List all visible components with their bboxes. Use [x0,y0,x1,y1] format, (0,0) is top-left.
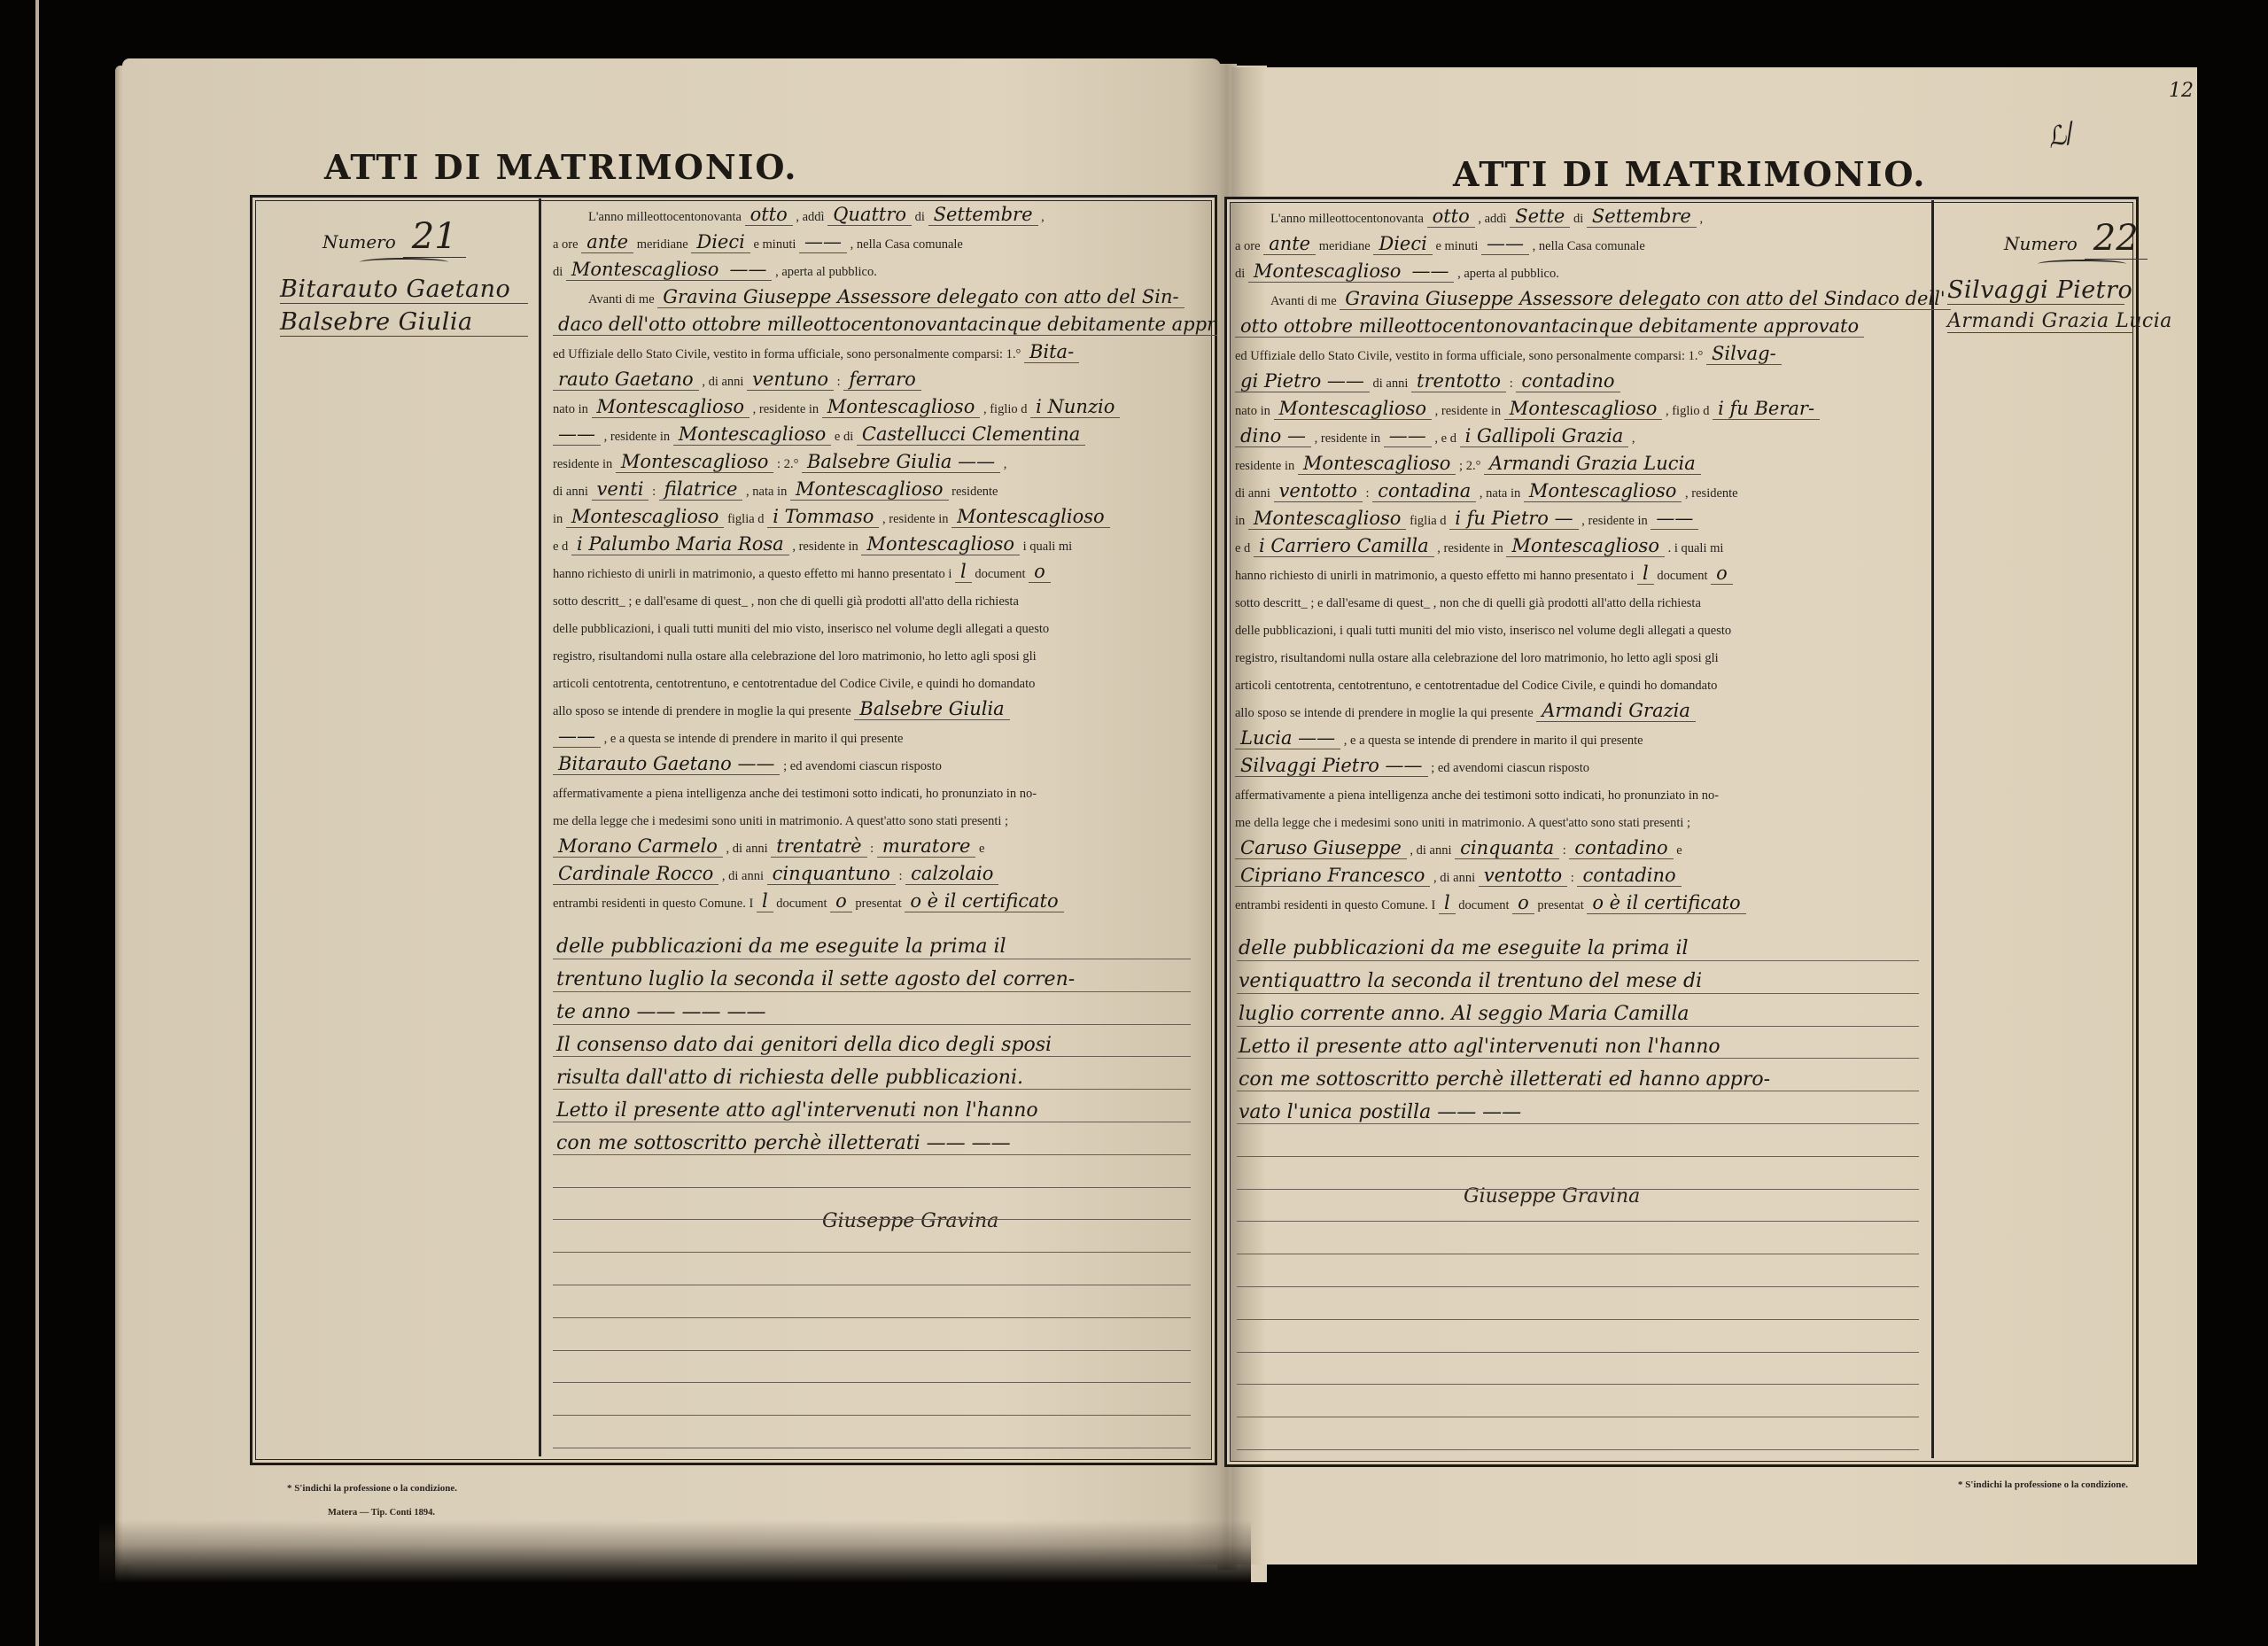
handwritten-entry: Silvag- [1706,343,1782,365]
handwritten-entry: contadino [1569,837,1673,859]
printed-text: , di anni [1430,871,1478,885]
form-line: —— , e a questa se intende di prendere i… [553,726,903,753]
printed-text: : [896,869,905,883]
printed-text: , e d [1432,431,1460,446]
form-line: in Montescaglioso figlia d i Tommaso , r… [553,506,1110,533]
printed-text: ed Uffiziale dello Stato Civile, vestito… [553,347,1024,361]
form-line: dino — , residente in —— , e d i Gallipo… [1235,425,1635,453]
handwritten-entry: Armandi Grazia Lucia [1484,453,1701,475]
right-page: ATTI DI MATRIMONIO. 12 ℒ∕ Numero22 Silva… [1231,67,2197,1564]
handwritten-entry: —— [553,423,601,446]
left-page: ATTI DI MATRIMONIO. Numero21 Bitarauto G… [122,58,1221,1564]
printed-text: di anni [1370,377,1411,391]
form-line: affermativamente a piena intelligenza an… [1235,782,1719,810]
printed-text: di [1235,267,1248,281]
printed-text: residente in [1235,459,1298,473]
form-line: allo sposo se intende di prendere in mog… [1235,700,1696,727]
form-line: me della legge che i medesimi sono uniti… [1235,810,1690,837]
handwritten-entry: daco dell'otto ottobre milleottocentonov… [553,314,1272,336]
flourish-ornament [360,258,448,267]
handwritten-entry: —— [1651,508,1698,530]
handwritten-entry: Dieci [1373,233,1432,255]
handwritten-entry: Dieci [691,231,750,253]
form-line: sotto descritt_ ; e dall'esame di quest_… [1235,590,1701,617]
handwritten-line: con me sottoscritto perchè illetterati e… [1239,1068,1770,1091]
handwritten-entry: trentotto [1411,370,1506,392]
printed-text: e minuti [1433,239,1481,253]
handwritten-entry: calzolaio [905,863,998,885]
handwritten-entry: ventotto [1274,480,1363,502]
handwritten-entry: contadino [1577,865,1681,887]
form-line: registro, risultandomi nulla ostare alla… [1235,645,1719,672]
printed-text: me della legge che i medesimi sono uniti… [553,814,1008,828]
printed-text: : [867,842,877,856]
ruled-line [1237,1123,1919,1124]
printed-text: , residente in [1432,404,1504,418]
handwritten-entry: Quattro [827,204,912,226]
printed-text: . i quali mi [1665,541,1723,555]
handwritten-entry: filatrice [659,478,743,501]
handwritten-entry: Gravina Giuseppe Assessore delegato con … [1340,288,1950,310]
printed-text: ; 2.° [1456,459,1484,473]
handwritten-entry: i fu Berar- [1713,398,1820,420]
flourish-ornament [2038,260,2126,268]
record-number: 22 [2085,218,2148,260]
ruled-line [553,1024,1191,1025]
printed-text: , residente in [1434,541,1507,555]
form-line: entrambi residenti in questo Comune. I l… [553,890,1064,918]
ruled-line [553,991,1191,992]
handwritten-entry: dino — [1235,425,1311,447]
printed-text: : [1363,486,1372,501]
printed-text: a ore [553,237,581,252]
printed-text: meridiane [1316,239,1373,253]
printed-text: figlia d [1406,514,1449,528]
printed-text: me della legge che i medesimi sono uniti… [1235,816,1690,830]
printed-text: , nata in [1476,486,1524,501]
handwritten-line: Il consenso dato dai genitori della dico… [556,1034,1052,1056]
handwritten-entry: Lucia —— [1235,727,1340,749]
handwritten-entry: —— [1384,425,1432,447]
form-line: a ore ante meridiane Dieci e minuti —— ,… [1235,233,1645,260]
form-line: a ore ante meridiane Dieci e minuti —— ,… [553,231,963,259]
printed-text: e d [1235,541,1254,555]
printed-text: di [553,265,566,279]
form-line: delle pubblicazioni, i quali tutti munit… [1235,617,1731,645]
handwritten-entry: Armandi Grazia [1536,700,1696,722]
handwritten-entry: Caruso Giuseppe [1235,837,1407,859]
form-line: Lucia —— , e a questa se intende di pren… [1235,727,1643,755]
form-line: di anni ventotto : contadina , nata in M… [1235,480,1738,508]
printed-text: in [553,512,566,526]
handwritten-entry: Morano Carmelo [553,835,723,858]
printed-text: , figlio d [1662,404,1713,418]
handwritten-entry: Montescaglioso [1524,480,1682,502]
ruled-line [553,1089,1191,1090]
printed-text: : [649,485,658,499]
handwritten-entry: o [1512,892,1534,914]
ruled-line [553,1219,1191,1220]
printed-text: in [1235,514,1248,528]
handwritten-entry: Montescaglioso [592,396,750,418]
handwritten-entry: Montescaglioso [1248,260,1407,283]
handwritten-entry: Montescaglioso [1504,398,1663,420]
handwritten-entry: Montescaglioso [1274,398,1433,420]
printed-text: : [834,375,843,389]
handwritten-entry: trentatrè [771,835,866,858]
handwritten-entry: Montescaglioso [861,533,1020,555]
ruled-line [553,1415,1191,1416]
form-line: otto ottobre milleottocentonovantacinque… [1235,315,1864,343]
printed-text: a ore [1235,239,1263,253]
form-line: di Montescaglioso—— , aperta al pubblico… [1235,260,1559,288]
ruled-line [553,1187,1191,1188]
form-line: registro, risultandomi nulla ostare alla… [553,643,1037,671]
printed-text: presentat [1534,898,1588,912]
printed-text: , aperta al pubblico. [1454,267,1558,281]
printed-text: presentat [852,897,905,911]
printed-text: Avanti di me [1270,294,1340,308]
handwritten-entry: muratore [877,835,976,858]
handwritten-entry: otto ottobre milleottocentonovantacinque… [1235,315,1864,338]
printed-text: entrambi residenti in questo Comune. I [553,897,757,911]
handwritten-entry: Bitarauto Gaetano —— [553,753,780,775]
printed-text: , di anni [723,842,771,856]
printed-text: document [1654,569,1711,583]
form-line: hanno richiesto di unirli in matrimonio,… [1235,563,1733,590]
handwritten-line: Letto il presente atto agl'intervenuti n… [1239,1036,1720,1058]
handwritten-entry: venti [592,478,649,501]
printed-text: ; ed avendomi ciascun risposto [1428,761,1589,775]
handwritten-entry: l [757,890,773,912]
ruled-line [1237,1091,1919,1091]
form-line: me della legge che i medesimi sono uniti… [553,808,1008,835]
printed-text: ed Uffiziale dello Stato Civile, vestito… [1235,349,1706,363]
ruled-line [1237,960,1919,961]
page-number: 12 [2169,80,2194,102]
form-line: residente in Montescaglioso : 2.° Balseb… [553,451,1006,478]
register-book: ATTI DI MATRIMONIO. Numero21 Bitarauto G… [99,58,2190,1582]
form-line: gi Pietro —— di anni trentotto : contadi… [1235,370,1620,398]
ruled-line [553,1285,1191,1285]
printed-text: , addì [793,210,827,224]
printed-text: di anni [553,485,592,499]
handwritten-entry: ferraro [843,369,920,391]
officer-signature: Giuseppe Gravina [822,1210,998,1232]
margin-bride-name: Balsebre Giulia [280,308,528,337]
right-page-title: ATTI DI MATRIMONIO. [1453,154,1926,194]
printed-text: residente [949,485,998,499]
printed-text: meridiane [633,237,691,252]
printed-text: delle pubblicazioni, i quali tutti munit… [1235,624,1731,638]
printed-text: sotto descritt_ ; e dall'esame di quest_… [1235,596,1701,610]
printed-text: delle pubblicazioni, i quali tutti munit… [553,622,1049,636]
form-line: Morano Carmelo , di anni trentatrè : mur… [553,835,984,863]
printed-text: affermativamente a piena intelligenza an… [553,787,1037,801]
ruled-line [1237,1254,1919,1254]
printed-text: articoli centotrenta, centotrentuno, e c… [1235,679,1717,693]
ruled-line [553,959,1191,959]
printed-text: allo sposo se intende di prendere in mog… [1235,706,1536,720]
printer-imprint: Matera — Tip. Conti 1894. [328,1508,435,1518]
handwritten-entry: —— [724,259,772,281]
handwritten-line: luglio corrente anno. Al seggio Maria Ca… [1239,1003,1689,1025]
handwritten-entry: l [955,561,972,583]
form-line: articoli centotrenta, centotrentuno, e c… [1235,672,1717,700]
form-line: nato in Montescaglioso , residente in Mo… [553,396,1120,423]
ruled-line [1237,993,1919,994]
handwritten-entry: Sette [1510,206,1570,228]
handwritten-entry: Settembre [928,204,1038,226]
handwritten-line: vato l'unica postilla —— —— [1239,1101,1521,1123]
form-line: di anni venti : filatrice , nata in Mont… [553,478,998,506]
printed-text: , residente in [1311,431,1384,446]
ruled-line [553,1382,1191,1383]
form-line: e d i Carriero Camilla , residente in Mo… [1235,535,1723,563]
printed-text: affermativamente a piena intelligenza an… [1235,788,1719,803]
printed-text: registro, risultandomi nulla ostare alla… [553,649,1037,664]
handwritten-entry: contadino [1516,370,1619,392]
ruled-line [553,1122,1191,1122]
handwritten-line: delle pubblicazioni da me eseguite la pr… [556,936,1006,958]
ruled-line [1237,1156,1919,1157]
printed-text: , [1000,457,1006,471]
form-line: Cipriano Francesco , di anni ventotto : … [1235,865,1682,892]
printed-text: ; ed avendomi ciascun risposto [780,759,941,773]
handwritten-entry: Montescaglioso [673,423,832,446]
handwritten-entry: —— [1406,260,1454,283]
handwritten-entry: Montescaglioso [1298,453,1456,475]
handwritten-line: trentuno luglio la seconda il sette agos… [556,968,1075,990]
handwritten-line: te anno —— —— —— [556,1001,766,1023]
right-column-divider [1931,200,1934,1458]
handwritten-entry: otto [745,204,793,226]
printed-text: , addì [1475,212,1510,226]
form-line: hanno richiesto di unirli in matrimonio,… [553,561,1051,588]
handwritten-entry: Bita- [1024,341,1079,363]
printed-text: di anni [1235,486,1274,501]
form-line: allo sposo se intende di prendere in mog… [553,698,1010,726]
form-line: articoli centotrenta, centotrentuno, e c… [553,671,1035,698]
printed-text: nato in [1235,404,1274,418]
left-column-divider [539,198,541,1456]
handwritten-entry: o [1029,561,1051,583]
ruled-line [553,1252,1191,1253]
handwritten-entry: i fu Pietro — [1449,508,1578,530]
printed-text: , residente in [1579,514,1651,528]
handwritten-entry: Montescaglioso [822,396,981,418]
form-line: daco dell'otto ottobre milleottocentonov… [553,314,1272,341]
ruled-line [1237,1417,1919,1417]
handwritten-entry: Montescaglioso [951,506,1110,528]
handwritten-entry: ante [581,231,633,253]
printed-text: , e a questa se intende di prendere in m… [1340,734,1643,748]
printed-text: e d [553,540,571,554]
printed-text: : [1506,377,1516,391]
handwritten-entry: —— [799,231,847,253]
printed-text: , [1038,210,1045,224]
handwritten-entry: Montescaglioso [566,259,725,281]
handwritten-entry: cinquanta [1455,837,1559,859]
form-line: —— , residente in Montescaglioso e di Ca… [553,423,1085,451]
handwritten-entry: Cardinale Rocco [553,863,718,885]
handwritten-entry: gi Pietro —— [1235,370,1370,392]
printed-text: di [1570,212,1587,226]
form-line: entrambi residenti in questo Comune. I l… [1235,892,1746,920]
printed-text: L'anno milleottocentonovanta [1270,212,1427,226]
handwritten-entry: ventotto [1479,865,1567,887]
printed-text: document [773,897,830,911]
handwritten-entry: cinquantuno [767,863,896,885]
page-stack-shadow [99,1520,1251,1582]
handwritten-entry: o è il certificato [1587,892,1745,914]
printed-text: document [1456,898,1512,912]
form-line: Caruso Giuseppe , di anni cinquanta : co… [1235,837,1682,865]
form-line: L'anno milleottocentonovanta otto , addì… [1270,206,1703,233]
handwritten-entry: Montescaglioso [1248,508,1407,530]
printed-text: sotto descritt_ ; e dall'esame di quest_… [553,594,1019,609]
handwritten-entry: o è il certificato [905,890,1063,912]
form-line: Silvaggi Pietro —— ; ed avendomi ciascun… [1235,755,1589,782]
printed-text: , di anni [699,375,747,389]
left-page-title: ATTI DI MATRIMONIO. [324,147,797,187]
printed-text: hanno richiesto di unirli in matrimonio,… [553,567,955,581]
handwritten-entry: Balsebre Giulia [854,698,1009,720]
form-line: ed Uffiziale dello Stato Civile, vestito… [1235,343,1782,370]
form-line: rauto Gaetano , di anni ventuno : ferrar… [553,369,921,396]
printed-text: e [975,842,984,856]
handwritten-entry: Gravina Giuseppe Assessore delegato con … [657,286,1184,308]
margin-groom-name: Silvaggi Pietro [1947,276,2124,305]
form-line: nato in Montescaglioso , residente in Mo… [1235,398,1820,425]
printed-text: , nella Casa comunale [847,237,963,252]
ruled-line [1237,1449,1919,1450]
handwritten-entry: i Palumbo Maria Rosa [571,533,789,555]
handwritten-entry: otto [1427,206,1475,228]
printed-text: , residente in [750,402,822,416]
printed-text: e [1674,843,1682,858]
ruled-line [553,1448,1191,1448]
handwritten-entry: Montescaglioso [790,478,949,501]
ruled-line [1237,1026,1919,1027]
form-line: e d i Palumbo Maria Rosa , residente in … [553,533,1072,561]
numero-label: Numero [2004,233,2078,254]
handwritten-entry: i Carriero Camilla [1254,535,1434,557]
paraph-signature-icon: ℒ∕ [2042,117,2078,155]
printed-text: i quali mi [1020,540,1072,554]
handwritten-entry: o [1711,563,1733,585]
ruled-line [1237,1189,1919,1190]
handwritten-entry: l [1637,563,1654,585]
form-line: in Montescaglioso figlia d i fu Pietro —… [1235,508,1698,535]
handwritten-line: ventiquattro la seconda il trentuno del … [1239,970,1702,992]
handwritten-entry: o [830,890,852,912]
form-line: Avanti di me Gravina Giuseppe Assessore … [1270,288,1951,315]
margin-bride-name: Armandi Grazia Lucia [1947,310,2133,333]
form-line: ed Uffiziale dello Stato Civile, vestito… [553,341,1079,369]
printed-text: entrambi residenti in questo Comune. I [1235,898,1439,912]
printed-text: registro, risultandomi nulla ostare alla… [1235,651,1719,665]
ruled-line [1237,1286,1919,1287]
form-line: residente in Montescaglioso ; 2.° Armand… [1235,453,1701,480]
ruled-line [1237,1058,1919,1059]
printed-text: residente in [553,457,616,471]
handwritten-entry: Montescaglioso [566,506,725,528]
printed-text: , residente in [879,512,951,526]
handwritten-entry: ventuno [747,369,834,391]
printed-text: : 2.° [773,457,802,471]
form-line: sotto descritt_ ; e dall'esame di quest_… [553,588,1019,616]
printed-text: , e a questa se intende di prendere in m… [601,732,903,746]
printed-text: di [912,210,928,224]
margin-groom-name: Bitarauto Gaetano [280,276,528,304]
handwritten-entry: ante [1263,233,1316,255]
printed-text: nato in [553,402,592,416]
handwritten-line: risulta dall'atto di richiesta delle pub… [556,1067,1023,1089]
handwritten-entry: rauto Gaetano [553,369,699,391]
left-numero: Numero21 [322,216,466,257]
printed-text: Avanti di me [588,292,657,307]
handwritten-entry: i Tommaso [767,506,879,528]
printed-text: figlia d [724,512,767,526]
ruled-line [553,1350,1191,1351]
printed-text: e di [831,430,857,444]
printed-text: , di anni [718,869,766,883]
handwritten-entry: Montescaglioso [1506,535,1665,557]
handwritten-line: delle pubblicazioni da me eseguite la pr… [1239,937,1689,959]
form-line: delle pubblicazioni, i quali tutti munit… [553,616,1049,643]
printed-text: hanno richiesto di unirli in matrimonio,… [1235,569,1637,583]
ruled-line [553,1056,1191,1057]
printed-text: , [1697,212,1703,226]
printed-text: , nella Casa comunale [1529,239,1645,253]
ruled-line [1237,1384,1919,1385]
handwritten-entry: —— [553,726,601,748]
printed-text: , aperta al pubblico. [772,265,876,279]
left-footnote: * S'indichi la professione o la condizio… [287,1483,457,1494]
handwritten-entry: Settembre [1587,206,1697,228]
printed-text: e minuti [750,237,799,252]
printed-text: , nata in [742,485,790,499]
handwritten-entry: —— [1481,233,1529,255]
printed-text: : [1567,871,1577,885]
printed-text: articoli centotrenta, centotrentuno, e c… [553,677,1035,691]
handwritten-line: Letto il presente atto agl'intervenuti n… [556,1099,1038,1122]
right-footnote: * S'indichi la professione o la condizio… [1958,1479,2128,1490]
handwritten-entry: Castellucci Clementina [857,423,1085,446]
handwritten-entry: Montescaglioso [616,451,774,473]
ruled-line [1237,1319,1919,1320]
form-line: affermativamente a piena intelligenza an… [553,780,1037,808]
scan-edge [35,0,39,1646]
printed-text: : [1559,843,1569,858]
ruled-line [1237,1221,1919,1222]
printed-text: , residente in [789,540,862,554]
form-line: Bitarauto Gaetano —— ; ed avendomi ciasc… [553,753,942,780]
printed-text: L'anno milleottocentonovanta [588,210,745,224]
printed-text: allo sposo se intende di prendere in mog… [553,704,854,718]
handwritten-entry: Cipriano Francesco [1235,865,1430,887]
printed-text: , residente [1682,486,1737,501]
form-line: Cardinale Rocco , di anni cinquantuno : … [553,863,998,890]
printed-text: , residente in [601,430,673,444]
right-numero: Numero22 [2004,218,2148,259]
form-line: di Montescaglioso—— , aperta al pubblico… [553,259,877,286]
handwritten-entry: i Nunzio [1030,396,1120,418]
ruled-line [1237,1352,1919,1353]
handwritten-entry: contadina [1372,480,1476,502]
printed-text: , di anni [1407,843,1455,858]
